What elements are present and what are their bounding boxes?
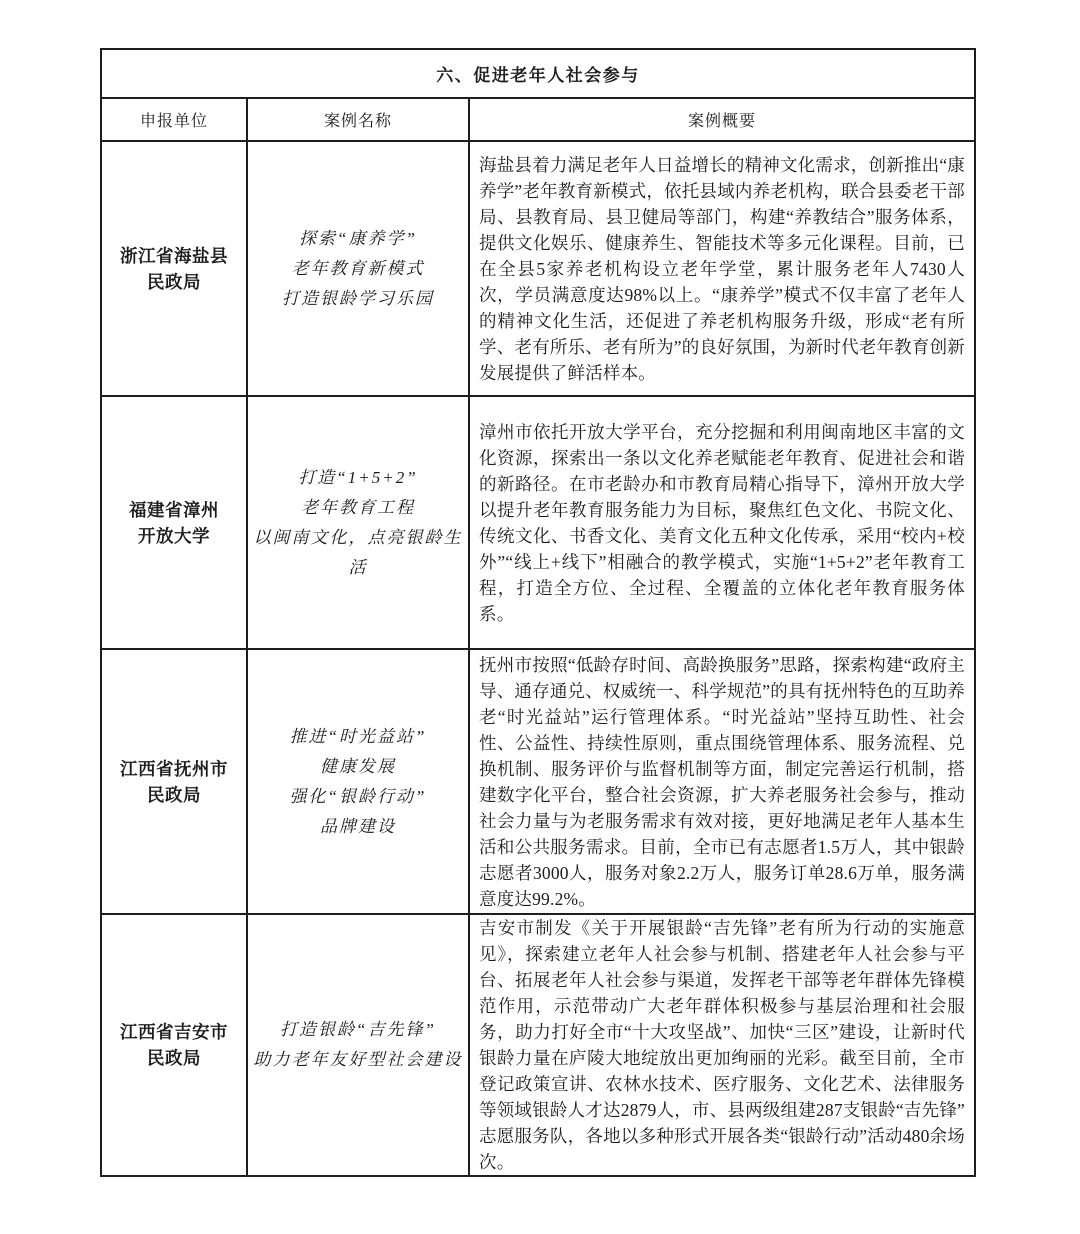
case-table: 六、促进老年人社会参与 申报单位 案例名称 案例概要 浙江省海盐县 民政局 探索… (100, 48, 976, 1177)
case-summary-text: 吉安市制发《关于开展银龄“吉先锋”老有所为行动的实施意见》，探索建立老年人社会参… (479, 915, 965, 1175)
case-summary-cell: 吉安市制发《关于开展银龄“吉先锋”老有所为行动的实施意见》，探索建立老年人社会参… (469, 914, 975, 1176)
section-title: 六、促进老年人社会参与 (101, 49, 975, 98)
case-summary-cell: 漳州市依托开放大学平台，充分挖掘和利用闽南地区丰富的文化资源，探索出一条以文化养… (469, 396, 975, 649)
col-header-case-summary: 案例概要 (469, 98, 975, 141)
col-header-case-name: 案例名称 (247, 98, 469, 141)
table-row: 福建省漳州 开放大学 打造“1+5+2” 老年教育工程 以闽南文化，点亮银龄生活… (101, 396, 975, 649)
case-summary-text: 漳州市依托开放大学平台，充分挖掘和利用闽南地区丰富的文化资源，探索出一条以文化养… (479, 419, 965, 627)
col-header-unit: 申报单位 (101, 98, 247, 141)
document-page: 六、促进老年人社会参与 申报单位 案例名称 案例概要 浙江省海盐县 民政局 探索… (0, 0, 1080, 1234)
unit-cell: 江西省吉安市 民政局 (101, 914, 247, 1176)
unit-cell: 福建省漳州 开放大学 (101, 396, 247, 649)
case-name-cell: 推进“时光益站” 健康发展 强化“银龄行动” 品牌建设 (247, 649, 469, 914)
case-name-cell: 探索“康养学” 老年教育新模式 打造银龄学习乐园 (247, 141, 469, 396)
unit-cell: 江西省抚州市 民政局 (101, 649, 247, 914)
section-title-row: 六、促进老年人社会参与 (101, 49, 975, 98)
case-summary-text: 抚州市按照“低龄存时间、高龄换服务”思路，探索构建“政府主导、通存通兑、权威统一… (479, 652, 965, 912)
table-row: 浙江省海盐县 民政局 探索“康养学” 老年教育新模式 打造银龄学习乐园 海盐县着… (101, 141, 975, 396)
table-row: 江西省吉安市 民政局 打造银龄“吉先锋” 助力老年友好型社会建设 吉安市制发《关… (101, 914, 975, 1176)
case-summary-text: 海盐县着力满足老年人日益增长的精神文化需求，创新推出“康养学”老年教育新模式，依… (479, 152, 965, 386)
case-summary-cell: 海盐县着力满足老年人日益增长的精神文化需求，创新推出“康养学”老年教育新模式，依… (469, 141, 975, 396)
table-header-row: 申报单位 案例名称 案例概要 (101, 98, 975, 141)
case-name-cell: 打造“1+5+2” 老年教育工程 以闽南文化，点亮银龄生活 (247, 396, 469, 649)
unit-cell: 浙江省海盐县 民政局 (101, 141, 247, 396)
case-summary-cell: 抚州市按照“低龄存时间、高龄换服务”思路，探索构建“政府主导、通存通兑、权威统一… (469, 649, 975, 914)
table-row: 江西省抚州市 民政局 推进“时光益站” 健康发展 强化“银龄行动” 品牌建设 抚… (101, 649, 975, 914)
case-name-cell: 打造银龄“吉先锋” 助力老年友好型社会建设 (247, 914, 469, 1176)
